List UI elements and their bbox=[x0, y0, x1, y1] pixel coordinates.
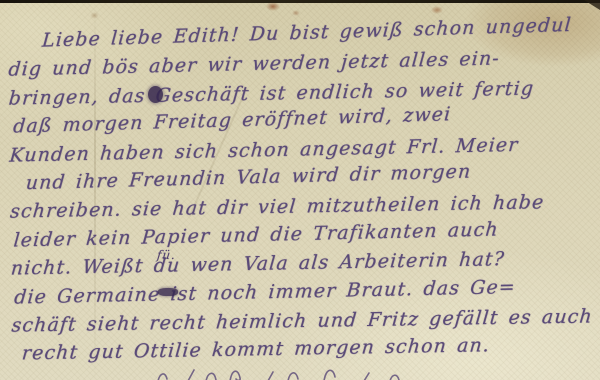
letter-photograph: Liebe liebe Edith! Du bist gewiß schon u… bbox=[0, 0, 600, 380]
paper-sheet: Liebe liebe Edith! Du bist gewiß schon u… bbox=[0, 2, 600, 380]
ink-blot bbox=[158, 288, 178, 296]
rust-stain bbox=[292, 10, 300, 16]
handwritten-text: Liebe liebe Edith! Du bist gewiß schon u… bbox=[8, 20, 594, 368]
superscript-insertion: fü. bbox=[156, 248, 176, 262]
rust-stain bbox=[90, 12, 99, 19]
photo-top-edge bbox=[0, 0, 600, 3]
rust-stain bbox=[431, 6, 443, 14]
cutoff-line-strokes bbox=[128, 366, 558, 380]
rust-stain bbox=[266, 2, 280, 11]
ink-blot bbox=[148, 86, 163, 103]
